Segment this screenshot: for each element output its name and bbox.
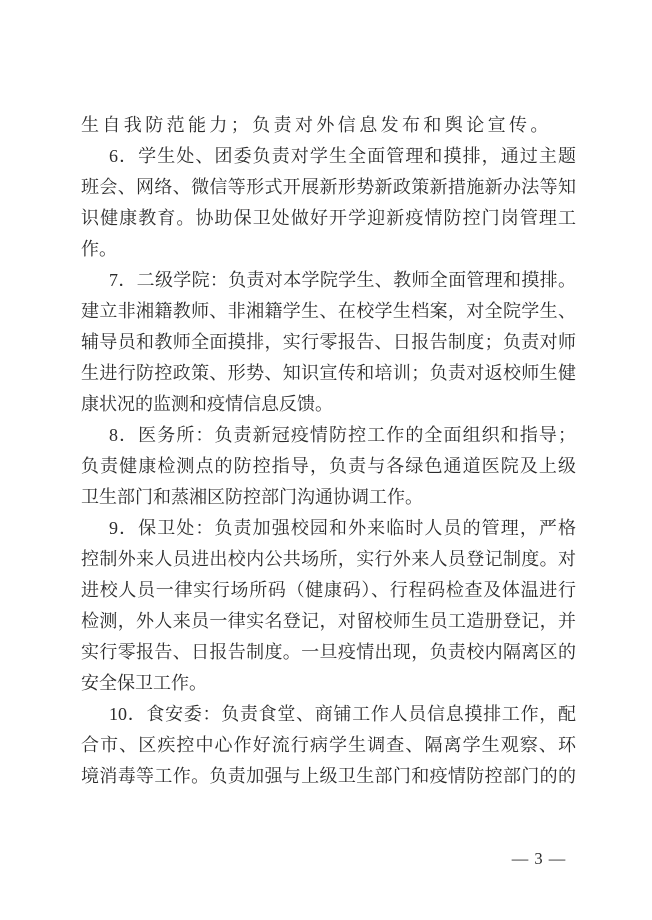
text-line: 建立非湘籍教师、非湘籍学生、在校学生档案，对全院学生、 <box>81 296 576 327</box>
paragraph-continuation: 生自我防范能力；负责对外信息发布和舆论宣传。 <box>81 110 576 141</box>
text-line: 控制外来人员进出校内公共场所，实行外来人员登记制度。对 <box>81 544 576 575</box>
text-line: 7．二级学院：负责对本学院学生、教师全面管理和摸排。 <box>81 265 576 296</box>
document-page: 生自我防范能力；负责对外信息发布和舆论宣传。 6．学生处、团委负责对学生全面管理… <box>0 0 652 920</box>
text-line: 负责健康检测点的防控指导，负责与各绿色通道医院及上级 <box>81 451 576 482</box>
text-line: 生进行防控政策、形势、知识宣传和培训；负责对返校师生健 <box>81 358 576 389</box>
text-line: 进校人员一律实行场所码（健康码）、行程码检查及体温进行 <box>81 575 576 606</box>
text-line: 检测，外人来员一律实名登记，对留校师生员工造册登记，并 <box>81 606 576 637</box>
paragraph-item-8: 8．医务所：负责新冠疫情防控工作的全面组织和指导； 负责健康检测点的防控指导，负… <box>81 420 576 513</box>
text-line: 卫生部门和蒸湘区防控部门沟通协调工作。 <box>81 482 576 513</box>
text-line: 班会、网络、微信等形式开展新形势新政策新措施新办法等知 <box>81 172 576 203</box>
text-line: 合市、区疾控中心作好流行病学生调查、隔离学生观察、环 <box>81 730 576 761</box>
page-number: — 3 — <box>474 849 604 869</box>
text-line: 9．保卫处：负责加强校园和外来临时人员的管理，严格 <box>81 513 576 544</box>
document-text-block: 生自我防范能力；负责对外信息发布和舆论宣传。 6．学生处、团委负责对学生全面管理… <box>81 110 576 792</box>
text-line: 6．学生处、团委负责对学生全面管理和摸排，通过主题 <box>81 141 576 172</box>
paragraph-item-7: 7．二级学院：负责对本学院学生、教师全面管理和摸排。 建立非湘籍教师、非湘籍学生… <box>81 265 576 420</box>
text-line: 实行零报告、日报告制度。一旦疫情出现，负责校内隔离区的 <box>81 637 576 668</box>
paragraph-item-10: 10．食安委：负责食堂、商铺工作人员信息摸排工作，配 合市、区疾控中心作好流行病… <box>81 699 576 792</box>
text-line: 8．医务所：负责新冠疫情防控工作的全面组织和指导； <box>81 420 576 451</box>
text-line: 辅导员和教师全面摸排，实行零报告、日报告制度；负责对师 <box>81 327 576 358</box>
paragraph-item-6: 6．学生处、团委负责对学生全面管理和摸排，通过主题 班会、网络、微信等形式开展新… <box>81 141 576 265</box>
text-line: 生自我防范能力；负责对外信息发布和舆论宣传。 <box>81 110 576 141</box>
paragraph-item-9: 9．保卫处：负责加强校园和外来临时人员的管理，严格 控制外来人员进出校内公共场所… <box>81 513 576 699</box>
text-line: 境消毒等工作。负责加强与上级卫生部门和疫情防控部门的的 <box>81 761 576 792</box>
text-line: 安全保卫工作。 <box>81 668 576 699</box>
text-line: 10．食安委：负责食堂、商铺工作人员信息摸排工作，配 <box>81 699 576 730</box>
text-line: 识健康教育。协助保卫处做好开学迎新疫情防控门岗管理工 <box>81 203 576 234</box>
text-line: 作。 <box>81 234 576 265</box>
text-line: 康状况的监测和疫情信息反馈。 <box>81 389 576 420</box>
